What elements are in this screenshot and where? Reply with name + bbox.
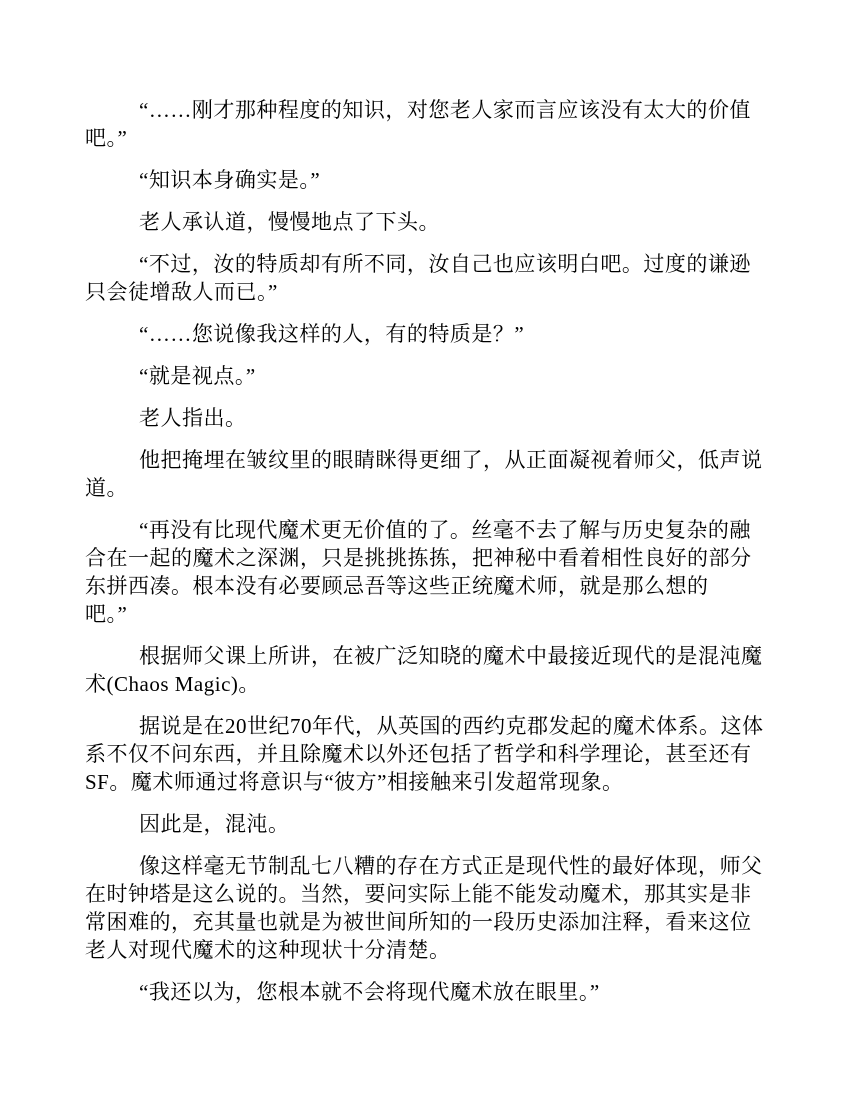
paragraph: “再没有比现代魔术更无价值的了。丝毫不去了解与历史复杂的融 合在一起的魔术之深渊… (85, 516, 765, 628)
novel-page: “……刚才那种程度的知识，对您老人家而言应该没有太大的价值 吧。” “知识本身确… (0, 0, 850, 1100)
paragraph: 据说是在20世纪70年代，从英国的西约克郡发起的魔术体系。这体 系不仅不问东西，… (85, 712, 765, 796)
paragraph: “知识本身确实是。” (85, 166, 765, 194)
paragraph: “不过，汝的特质却有所不同，汝自己也应该明白吧。过度的谦逊 只会徒增敌人而已。” (85, 250, 765, 306)
paragraph: “……刚才那种程度的知识，对您老人家而言应该没有太大的价值 吧。” (85, 96, 765, 152)
paragraph: 因此是，混沌。 (85, 810, 765, 838)
paragraph: 老人指出。 (85, 404, 765, 432)
paragraph: 他把掩埋在皱纹里的眼睛眯得更细了，从正面凝视着师父，低声说 道。 (85, 446, 765, 502)
paragraph: 根据师父课上所讲，在被广泛知晓的魔术中最接近现代的是混沌魔 术(Chaos Ma… (85, 642, 765, 698)
paragraph: “我还以为，您根本就不会将现代魔术放在眼里。” (85, 978, 765, 1006)
paragraph: “……您说像我这样的人，有的特质是？” (85, 320, 765, 348)
paragraph: 老人承认道，慢慢地点了下头。 (85, 208, 765, 236)
paragraph: 像这样毫无节制乱七八糟的存在方式正是现代性的最好体现，师父 在时钟塔是这么说的。… (85, 852, 765, 964)
paragraph: “就是视点。” (85, 362, 765, 390)
